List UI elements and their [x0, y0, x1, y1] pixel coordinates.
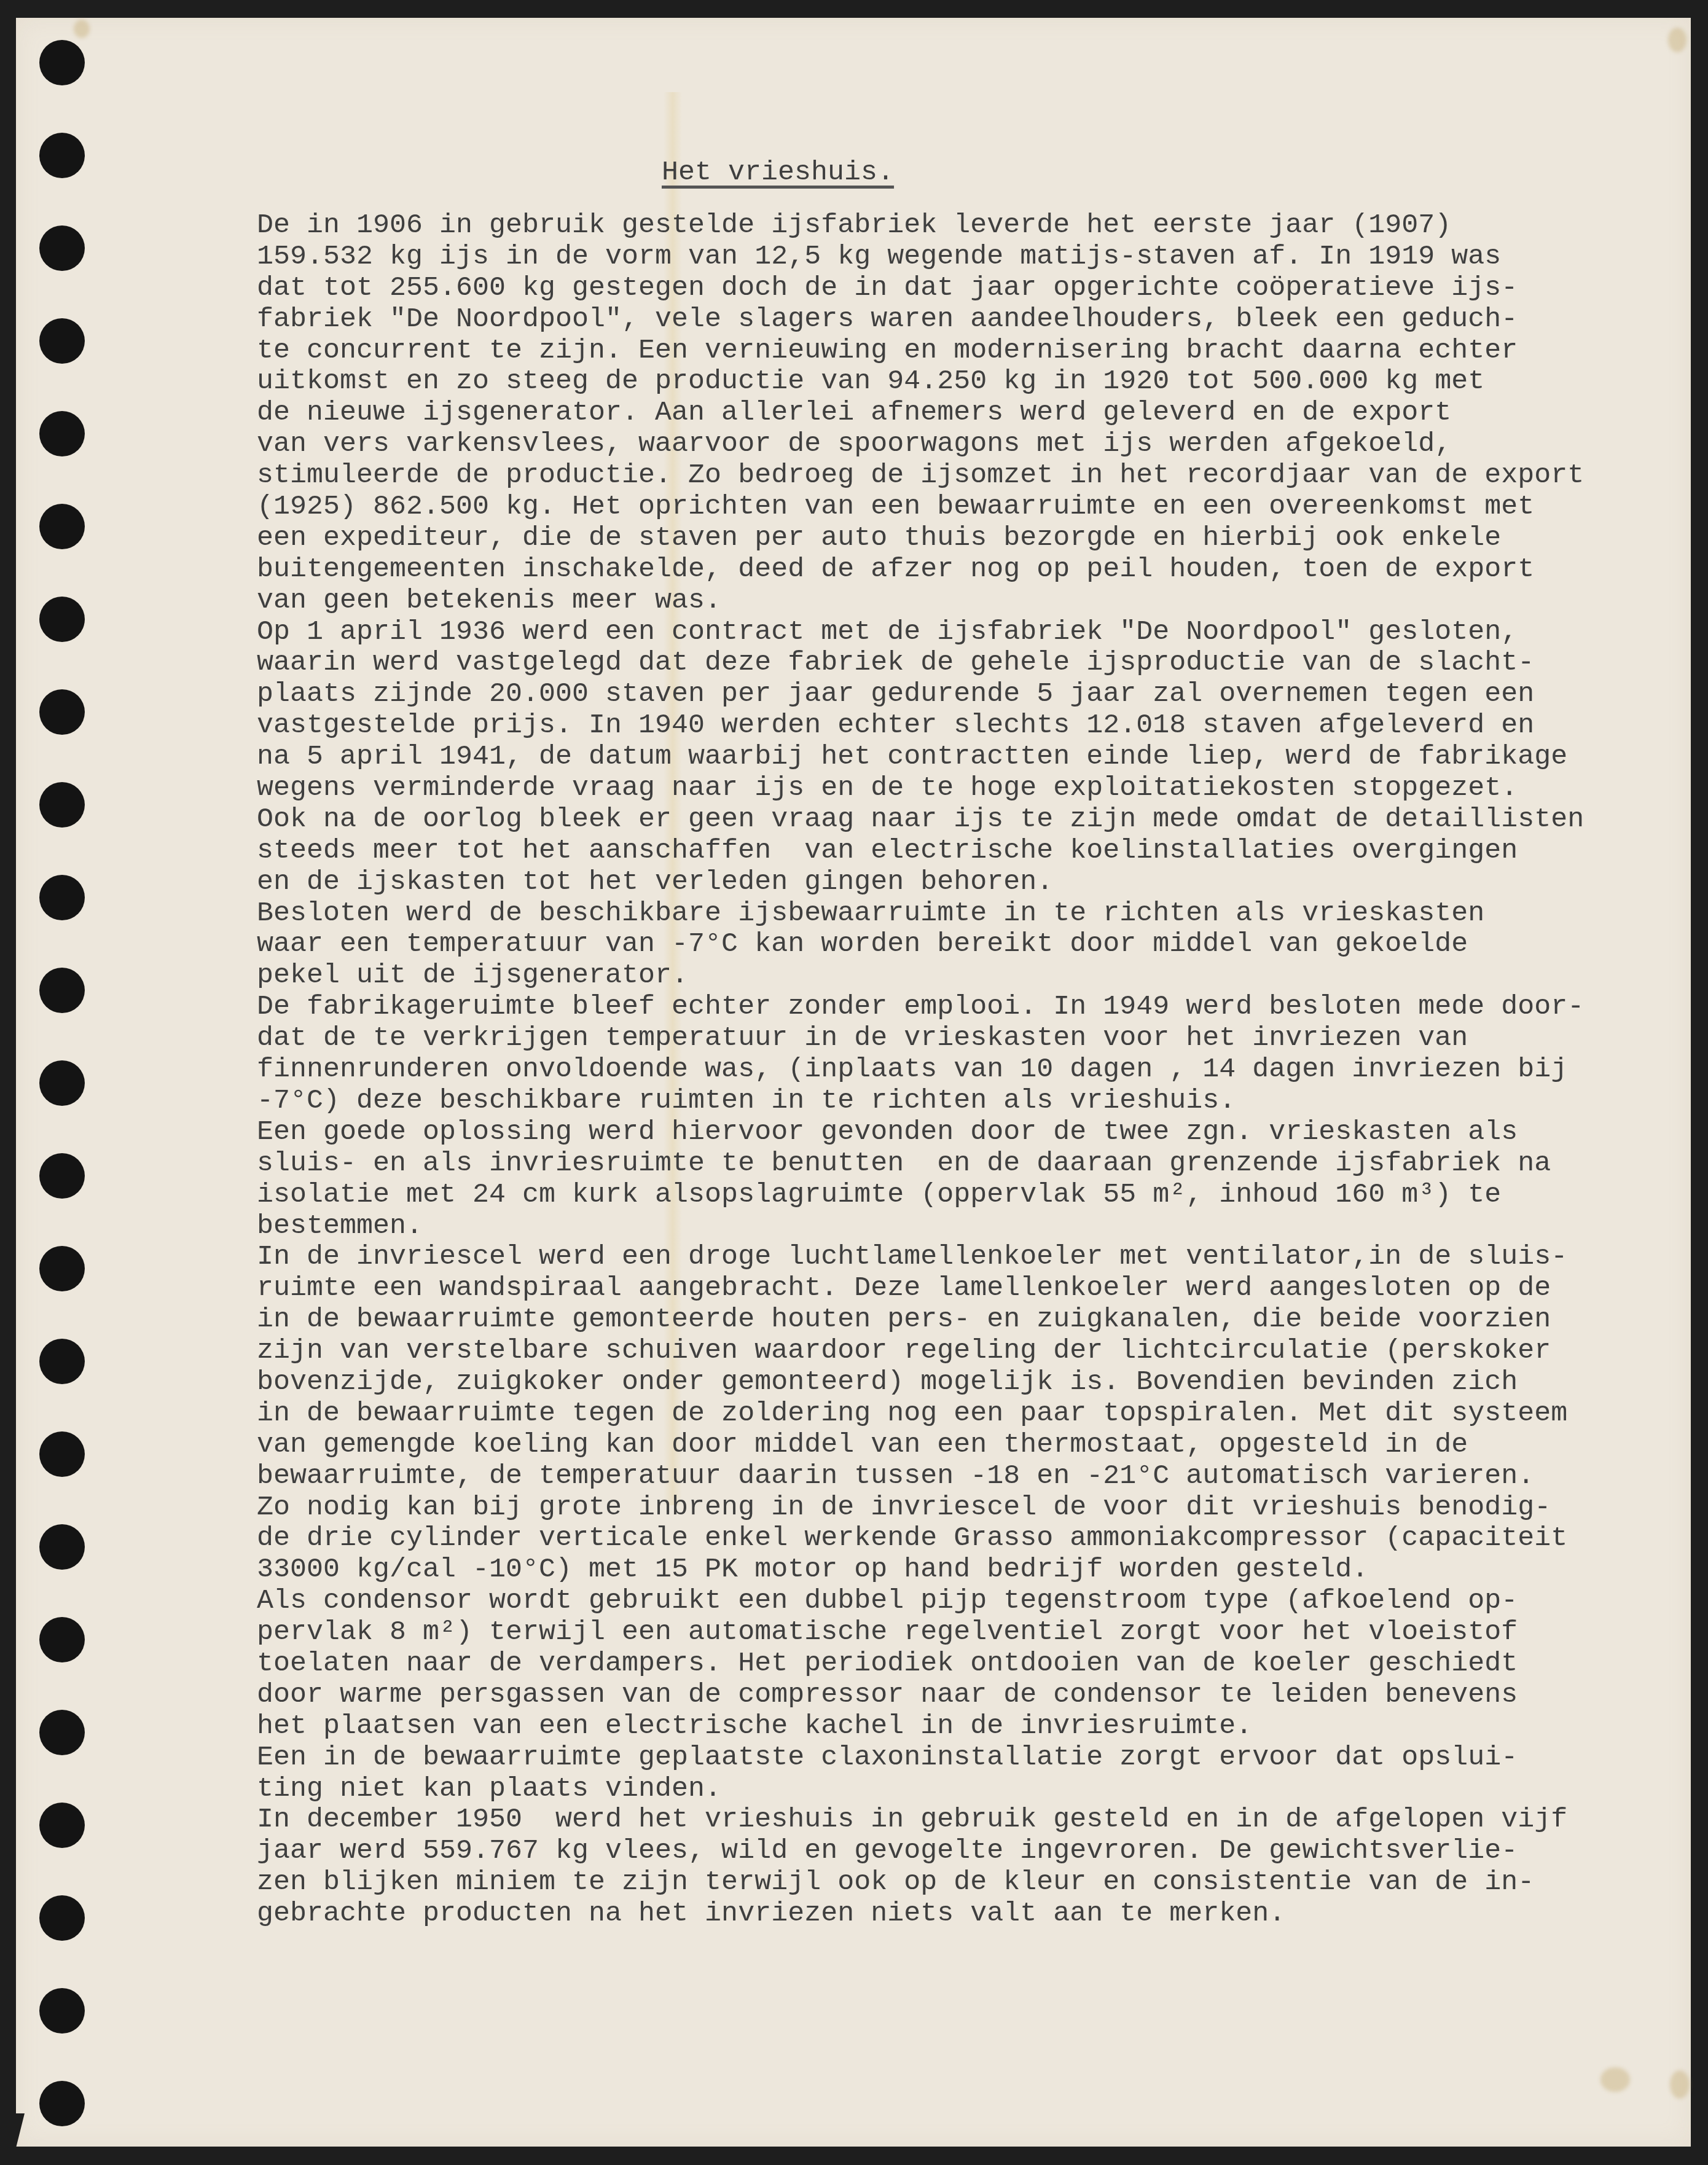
text-line: ting niet kan plaats vinden. [257, 1774, 1584, 1805]
text-line: dat de te verkrijgen temperatuur in de v… [257, 1023, 1584, 1054]
text-line: jaar werd 559.767 kg vlees, wild en gevo… [257, 1836, 1584, 1867]
text-line: De fabrikageruimte bleef echter zonder e… [257, 992, 1584, 1023]
stain-top-right [1668, 28, 1686, 52]
punch-hole [39, 689, 85, 735]
punch-hole [39, 1431, 85, 1477]
punch-hole [39, 133, 85, 178]
stain-bottom-right-1 [1600, 2067, 1630, 2092]
text-line: uitkomst en zo steeg de productie van 94… [257, 366, 1584, 397]
text-line: Op 1 april 1936 werd een contract met de… [257, 617, 1584, 648]
stain-top [74, 20, 90, 38]
text-line: van geen betekenis meer was. [257, 585, 1584, 617]
page-title: Het vrieshuis. [662, 157, 894, 188]
text-line: bovenzijde, zuigkoker onder gemonteerd) … [257, 1367, 1584, 1398]
text-line: Ook na de oorlog bleek er geen vraag naa… [257, 804, 1584, 836]
text-line: ruimte een wandspiraal aangebracht. Deze… [257, 1273, 1584, 1304]
text-line: gebrachte producten na het invriezen nie… [257, 1898, 1584, 1930]
text-line: 159.532 kg ijs in de vorm van 12,5 kg we… [257, 241, 1584, 273]
text-line: waar een temperatuur van -7°C kan worden… [257, 929, 1584, 960]
punch-hole [39, 1710, 85, 1755]
punch-hole [39, 504, 85, 549]
text-line: in de bewaarruimte tegen de zoldering no… [257, 1398, 1584, 1430]
text-line: buitengemeenten inschakelde, deed de afz… [257, 554, 1584, 585]
punch-hole [39, 411, 85, 456]
text-line: te concurrent te zijn. Een vernieuwing e… [257, 335, 1584, 367]
punch-hole [39, 2081, 85, 2126]
text-line: stimuleerde de productie. Zo bedroeg de … [257, 460, 1584, 491]
text-line: toelaten naar de verdampers. Het periodi… [257, 1648, 1584, 1680]
text-line: 33000 kg/cal -10°C) met 15 PK motor op h… [257, 1554, 1584, 1586]
text-line: zijn van verstelbare schuiven waardoor r… [257, 1336, 1584, 1367]
punch-hole [39, 597, 85, 642]
text-line: sluis- en als invriesruimte te benutten … [257, 1148, 1584, 1180]
punch-hole [39, 1153, 85, 1199]
text-line: wegens verminderde vraag naar ijs en de … [257, 773, 1584, 804]
text-line: de drie cylinder verticale enkel werkend… [257, 1523, 1584, 1554]
punch-hole [39, 782, 85, 828]
punch-hole [39, 1524, 85, 1570]
punch-hole [39, 40, 85, 85]
punch-hole [39, 1617, 85, 1662]
text-line: (1925) 862.500 kg. Het oprichten van een… [257, 491, 1584, 523]
text-line: waarin werd vastgelegd dat deze fabriek … [257, 648, 1584, 679]
text-line: In december 1950 werd het vrieshuis in g… [257, 1804, 1584, 1836]
text-line: Als condensor wordt gebruikt een dubbel … [257, 1586, 1584, 1617]
text-line: de nieuwe ijsgenerator. Aan allerlei afn… [257, 397, 1584, 429]
punch-hole [39, 1803, 85, 1848]
paper-corner [16, 2113, 25, 2148]
punch-hole [39, 1246, 85, 1291]
punch-hole [39, 225, 85, 271]
text-line: dat tot 255.600 kg gestegen doch de in d… [257, 273, 1584, 304]
text-line: van gemengde koeling kan door middel van… [257, 1430, 1584, 1461]
text-line: Een goede oplossing werd hiervoor gevond… [257, 1117, 1584, 1148]
text-line: en de ijskasten tot het verleden gingen … [257, 867, 1584, 898]
text-line: fabriek "De Noordpool", vele slagers war… [257, 304, 1584, 335]
text-line: Zo nodig kan bij grote inbreng in de inv… [257, 1492, 1584, 1524]
text-line: bewaarruimte, de temperatuur daarin tuss… [257, 1461, 1584, 1492]
punch-hole [39, 318, 85, 364]
punch-hole [39, 968, 85, 1013]
punch-hole [39, 1339, 85, 1384]
text-line: bestemmen. [257, 1211, 1584, 1242]
text-line: plaats zijnde 20.000 staven per jaar ged… [257, 679, 1584, 710]
punch-hole [39, 1060, 85, 1106]
text-line: van vers varkensvlees, waarvoor de spoor… [257, 429, 1584, 460]
stain-bottom-right-2 [1670, 2070, 1690, 2099]
text-line: door warme persgassen van de compressor … [257, 1680, 1584, 1711]
text-line: Een in de bewaarruimte geplaatste claxon… [257, 1742, 1584, 1774]
text-line: vastgestelde prijs. In 1940 werden echte… [257, 710, 1584, 742]
punch-hole [39, 1895, 85, 1941]
text-line: een expediteur, die de staven per auto t… [257, 523, 1584, 554]
punch-hole [39, 875, 85, 920]
text-line: pekel uit de ijsgenerator. [257, 960, 1584, 992]
text-line: het plaatsen van een electrische kachel … [257, 1711, 1584, 1742]
text-line: De in 1906 in gebruik gestelde ijsfabrie… [257, 210, 1584, 241]
text-line: steeds meer tot het aanschaffen van elec… [257, 836, 1584, 867]
text-line: zen blijken miniem te zijn terwijl ook o… [257, 1867, 1584, 1898]
text-line: -7°C) deze beschikbare ruimten in te ric… [257, 1086, 1584, 1117]
scanned-page: Het vrieshuis. De in 1906 in gebruik ges… [0, 0, 1708, 2165]
text-line: In de invriescel werd een droge luchtlam… [257, 1242, 1584, 1273]
text-line: finnenrunderen onvoldoende was, (inplaat… [257, 1054, 1584, 1086]
text-line: isolatie met 24 cm kurk alsopslagruimte … [257, 1180, 1584, 1211]
text-line: in de bewaarruimte gemonteerde houten pe… [257, 1304, 1584, 1336]
text-line: na 5 april 1941, de datum waarbij het co… [257, 742, 1584, 773]
document-body: De in 1906 in gebruik gestelde ijsfabrie… [257, 210, 1584, 1930]
text-line: pervlak 8 m²) terwijl een automatische r… [257, 1617, 1584, 1648]
text-line: Besloten werd de beschikbare ijsbewaarru… [257, 898, 1584, 930]
punch-hole [39, 1988, 85, 2034]
